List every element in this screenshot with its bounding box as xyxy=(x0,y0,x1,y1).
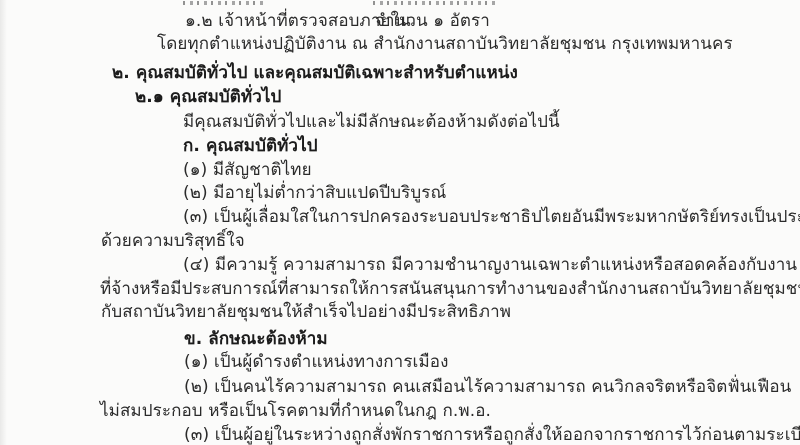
text-line: ด้วยความบริสุทธิ์ใจ xyxy=(101,230,245,253)
text-line-column2: จำนวน ๑ อัตรา xyxy=(375,10,490,33)
document-page: ๑.๒ เจ้าหน้าที่ตรวจสอบภายในจำนวน ๑ อัตรา… xyxy=(0,0,800,445)
text-line: ที่จ้างหรือมีประสบการณ์ที่สามารถให้การสน… xyxy=(100,278,800,301)
text-line: (๒) มีอายุไม่ต่ำกว่าสิบแปดปีบริบูรณ์ xyxy=(183,182,446,205)
text-line: มีคุณสมบัติทั่วไปและไม่มีลักษณะต้องห้ามด… xyxy=(183,111,560,134)
text-line: ข. ลักษณะต้องห้าม xyxy=(184,328,328,351)
text-line: โดยทุกตำแหน่งปฏิบัติงาน ณ สำนักงานสถาบัน… xyxy=(157,33,733,56)
document-text: ๑.๒ เจ้าหน้าที่ตรวจสอบภายในจำนวน ๑ อัตรา… xyxy=(0,0,800,445)
text-line: (๓) เป็นผู้เลื่อมใสในการปกครองระบอบประชา… xyxy=(183,206,800,229)
text-line: กับสถาบันวิทยาลัยชุมชนให้สำเร็จไปอย่างมี… xyxy=(101,301,511,324)
text-line: ไม่สมประกอบ หรือเป็นโรคตามที่กำหนดในกฎ ก… xyxy=(100,400,491,423)
text-line: ๒.๑ คุณสมบัติทั่วไป xyxy=(135,86,281,109)
text-line: ก. คุณสมบัติทั่วไป xyxy=(183,135,318,158)
text-line: ๒. คุณสมบัติทั่วไป และคุณสมบัติเฉพาะสำหร… xyxy=(112,62,518,85)
text-line: (๓) เป็นผู้อยู่ในระหว่างถูกสั่งพักราชการ… xyxy=(184,424,800,445)
text-line: (๑) มีสัญชาติไทย xyxy=(183,159,312,182)
text-line: (๔) มีความรู้ ความสามารถ มีความชำนาญงานเ… xyxy=(183,254,797,277)
text-line: (๒) เป็นคนไร้ความสามารถ คนเสมือนไร้ความส… xyxy=(184,376,791,399)
text-line: ๑.๒ เจ้าหน้าที่ตรวจสอบภายในจำนวน ๑ อัตรา xyxy=(185,10,411,33)
text-line: (๑) เป็นผู้ดำรงตำแหน่งทางการเมือง xyxy=(184,351,448,374)
